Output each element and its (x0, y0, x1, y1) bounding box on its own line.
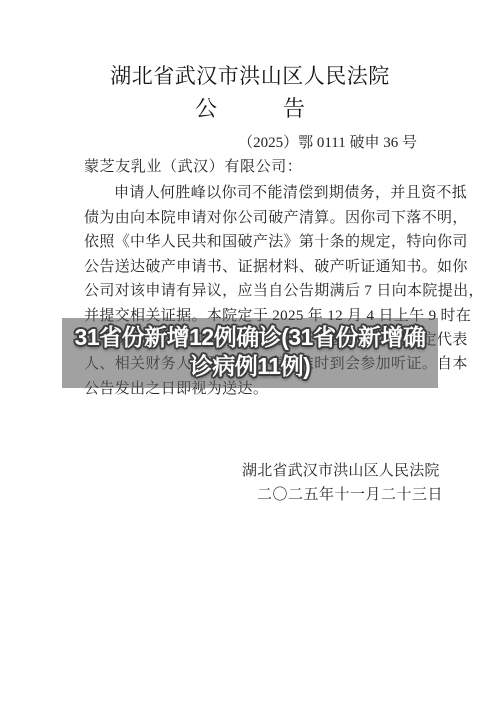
addressee-line: 蒙芝友乳业（武汉）有限公司： (84, 155, 302, 176)
body-line: 申请人何胜峰以你司不能清偿到期债务，并且资不抵 (84, 181, 470, 202)
signature-court-name: 湖北省武汉市洪山区人民法院 (242, 459, 440, 480)
case-number: （2025）鄂 0111 破申 36 号 (238, 131, 417, 152)
body-line: 公司对该申请有异议，应当自公告期满后 7 日向本院提出， (84, 279, 440, 300)
court-title: 湖北省武汉市洪山区人民法院 (0, 60, 500, 90)
body-line: 依照《中华人民共和国破产法》第十条的规定，特向你司 (84, 230, 440, 251)
notice-title: 公 告 (0, 92, 500, 123)
court-notice-page: 湖北省武汉市洪山区人民法院 公 告 （2025）鄂 0111 破申 36 号 蒙… (0, 0, 500, 706)
body-line: 公告送达破产申请书、证据材料、破产听证通知书。如你 (84, 255, 440, 276)
body-line: 债为由向本院申请对你公司破产清算。因你司下落不明， (84, 206, 440, 227)
news-headline-line2: 诊病例11例) (62, 352, 438, 381)
signature-date: 二〇二五年十一月二十三日 (257, 483, 443, 504)
news-headline-line1: 31省份新增12例确诊(31省份新增确 (62, 323, 438, 352)
news-headline: 31省份新增12例确诊(31省份新增确 诊病例11例) (62, 323, 438, 381)
